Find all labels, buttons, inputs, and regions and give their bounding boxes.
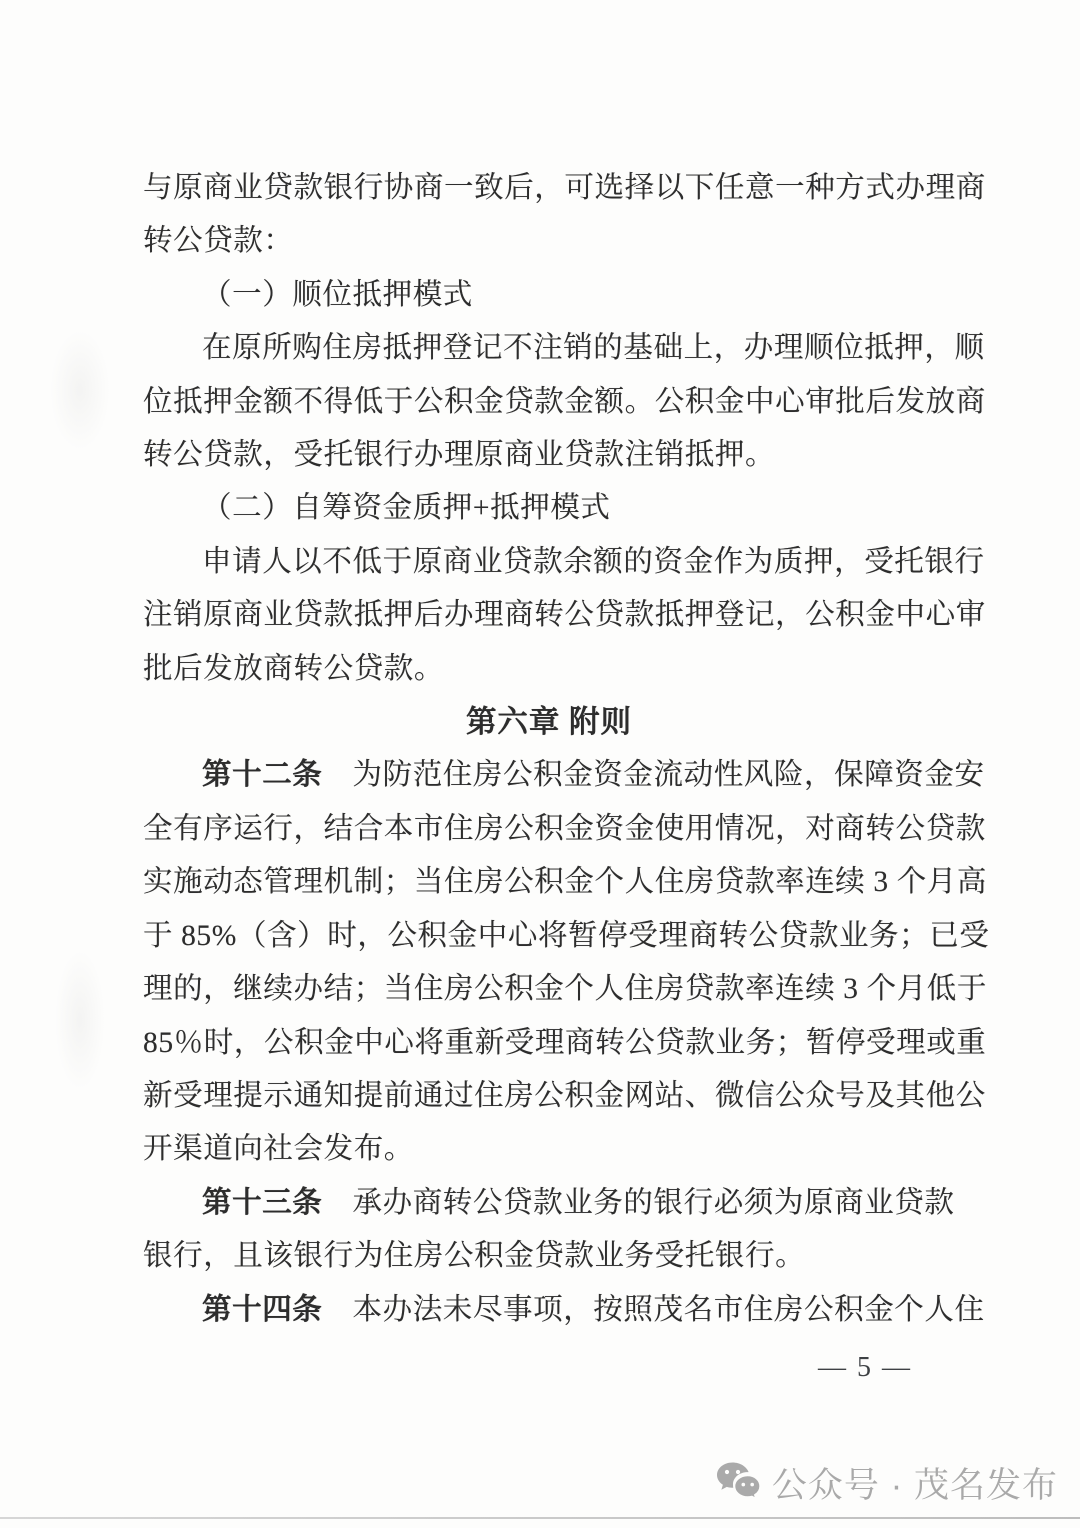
document-page: 与原商业贷款银行协商一致后，可选择以下任意一种方式办理商转公贷款：（一）顺位抵押… <box>0 0 1080 1528</box>
text-line: 转公贷款，受托银行办理原商业贷款注销抵押。 <box>143 429 955 482</box>
page-number: — 5 — <box>818 1352 912 1384</box>
wechat-account-label: 公众号 · 茂名发布 <box>772 1458 1058 1508</box>
document-text: 与原商业贷款银行协商一致后，可选择以下任意一种方式办理商转公贷款：（一）顺位抵押… <box>143 162 955 1337</box>
chapter-heading-label: 第六章 附则 <box>466 705 632 739</box>
text-line: 实施动态管理机制；当住房公积金个人住房贷款率连续 3 个月高 <box>143 856 955 909</box>
text-line: 85％时，公积金中心将重新受理商转公贷款业务；暂停受理或重 <box>143 1017 955 1070</box>
text-line: 于 85%（含）时，公积金中心将暂停受理商转公贷款业务；已受 <box>143 910 955 963</box>
text-line: 转公贷款： <box>143 215 955 268</box>
text-line: 注销原商业贷款抵押后办理商转公贷款抵押登记，公积金中心审 <box>143 589 955 642</box>
text-line: 全有序运行，结合本市住房公积金资金使用情况，对商转公贷款 <box>143 803 955 856</box>
wechat-watermark: 公众号 · 茂名发布 <box>714 1458 1058 1508</box>
text-line: （一）顺位抵押模式 <box>143 269 955 322</box>
text-line: 开渠道向社会发布。 <box>143 1123 955 1176</box>
text-line: 第十三条 承办商转公贷款业务的银行必须为原商业贷款 <box>143 1177 955 1230</box>
text-line: 理的，继续办结；当住房公积金个人住房贷款率连续 3 个月低于 <box>143 963 955 1016</box>
text-line: 新受理提示通知提前通过住房公积金网站、微信公众号及其他公 <box>143 1070 955 1123</box>
text-line: 在原所购住房抵押登记不注销的基础上，办理顺位抵押，顺 <box>143 322 955 375</box>
bottom-divider <box>0 1517 1080 1519</box>
text-line: 第十四条 本办法未尽事项，按照茂名市住房公积金个人住 <box>143 1284 955 1337</box>
article-number: 第十二条 <box>202 759 322 791</box>
text-line: 与原商业贷款银行协商一致后，可选择以下任意一种方式办理商 <box>143 162 955 215</box>
wechat-icon <box>714 1460 762 1506</box>
article-number: 第十四条 <box>202 1294 322 1326</box>
scan-artifact <box>50 330 110 450</box>
text-line: 申请人以不低于原商业贷款余额的资金作为质押，受托银行 <box>143 536 955 589</box>
text-line: 第十二条 为防范住房公积金资金流动性风险，保障资金安 <box>143 749 955 802</box>
article-number: 第十三条 <box>202 1187 322 1219</box>
text-line: 批后发放商转公贷款。 <box>143 643 955 696</box>
text-line: （二）自筹资金质押+抵押模式 <box>143 482 955 535</box>
text-line: 银行，且该银行为住房公积金贷款业务受托银行。 <box>143 1230 955 1283</box>
text-line: 位抵押金额不得低于公积金贷款金额。公积金中心审批后发放商 <box>143 376 955 429</box>
scan-artifact <box>55 950 105 1090</box>
chapter-heading: 第六章 附则 <box>143 696 955 749</box>
